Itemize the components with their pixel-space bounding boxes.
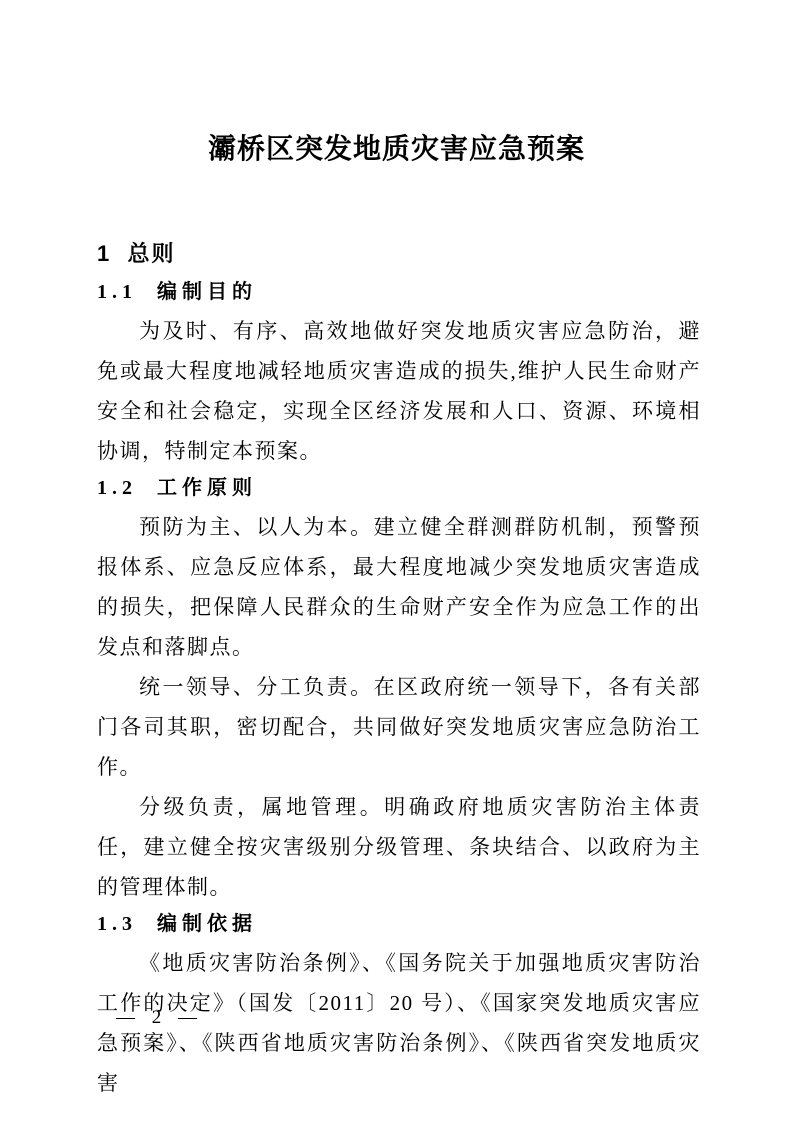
document-body: 1 总则 1.1 编制目的 为及时、有序、高效地做好突发地质灾害应急防治，避免或… bbox=[97, 239, 701, 1103]
paragraph-principle-hierarchy: 分级负责，属地管理。明确政府地质灾害防治主体责任，建立健全按灾害级别分级管理、条… bbox=[97, 787, 701, 907]
document-page: 灞桥区突发地质灾害应急预案 1 总则 1.1 编制目的 为及时、有序、高效地做好… bbox=[0, 0, 793, 1122]
paragraph-principle-leadership: 统一领导、分工负责。在区政府统一领导下，各有关部门各司其职，密切配合，共同做好突… bbox=[97, 667, 701, 787]
heading-section-1-3: 1.3 编制依据 bbox=[97, 911, 701, 937]
page-number: — 2 — bbox=[116, 1006, 203, 1030]
paragraph-purpose: 为及时、有序、高效地做好突发地质灾害应急防治，避免或最大程度地减轻地质灾害造成的… bbox=[97, 311, 701, 471]
heading-section-1-1: 1.1 编制目的 bbox=[97, 279, 701, 305]
document-title: 灞桥区突发地质灾害应急预案 bbox=[0, 0, 793, 169]
paragraph-principle-prevention: 预防为主、以人为本。建立健全群测群防机制，预警预报体系、应急反应体系，最大程度地… bbox=[97, 507, 701, 667]
heading-section-1-2: 1.2 工作原则 bbox=[97, 475, 701, 501]
heading-chapter-1: 1 总则 bbox=[97, 239, 701, 269]
